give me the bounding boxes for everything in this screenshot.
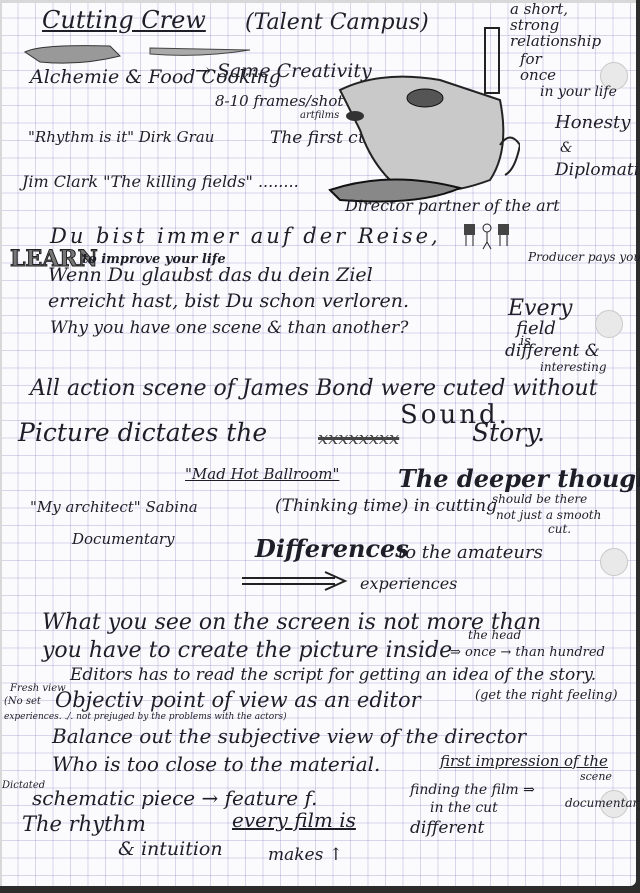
note-producer: Producer pays you bbox=[528, 250, 640, 264]
text-scene: scene bbox=[580, 770, 612, 783]
note-diplomatic: Diplomatic bbox=[555, 160, 640, 180]
text-why: Why you have one scene & than another? bbox=[50, 318, 408, 338]
text-deeper: The deeper thought bbox=[398, 464, 640, 493]
punch-hole bbox=[600, 548, 628, 576]
text-should-be: should be there bbox=[492, 492, 587, 506]
text-schematic: schematic piece → feature f. bbox=[32, 786, 318, 810]
text-every-film: every film is bbox=[232, 808, 356, 832]
text-once: ⇒ once → than hundred bbox=[450, 645, 605, 660]
text-picture-dictates: Picture dictates the bbox=[18, 418, 267, 447]
note-amp: & bbox=[560, 140, 572, 156]
note-strong: strong bbox=[510, 18, 559, 33]
text-mad-hot: "Mad Hot Ballroom" bbox=[185, 465, 339, 483]
text-erreicht: erreicht hast, bist Du schon verloren. bbox=[48, 290, 409, 312]
double-arrow-icon bbox=[240, 570, 350, 592]
text-story: Story. bbox=[472, 418, 545, 447]
text-you-have: you have to create the picture inside bbox=[42, 638, 452, 663]
page-title: Cutting Crew bbox=[42, 6, 206, 34]
text-editors: Editors has to read the script for getti… bbox=[70, 665, 596, 685]
text-different: different bbox=[410, 818, 484, 838]
note-different: different & bbox=[505, 341, 600, 361]
face-drawing-icon bbox=[300, 10, 520, 220]
text-experiences: experiences bbox=[360, 574, 457, 593]
text-right-feeling: (get the right feeling) bbox=[475, 688, 618, 703]
text-the-head: the head bbox=[468, 628, 521, 642]
text-director-partner: Director partner of the art bbox=[345, 196, 560, 215]
text-experiences-note: experiences. ./. not prejuged by the pro… bbox=[4, 712, 287, 722]
text-finding: finding the film ⇒ bbox=[410, 782, 535, 798]
text-my-architect: "My architect" Sabina bbox=[30, 498, 198, 516]
text-who-is: Who is too close to the material. bbox=[52, 752, 380, 776]
text-no-set: (No set bbox=[4, 696, 41, 707]
note-for: for bbox=[520, 52, 542, 67]
text-makes: makes ↑ bbox=[268, 845, 343, 865]
text-to-amateurs: to the amateurs bbox=[398, 542, 543, 563]
crossed-out-word: xxxxxxxx bbox=[318, 428, 399, 449]
notebook-page: Cutting Crew (Talent Campus) Alchemie & … bbox=[0, 0, 636, 886]
text-not-just: not just a smooth bbox=[496, 508, 601, 522]
text-documentary: Documentary bbox=[72, 530, 175, 548]
text-thinking-time: (Thinking time) in cutting bbox=[275, 496, 497, 516]
note-in-your-life: in your life bbox=[540, 85, 617, 100]
text-rhythm: "Rhythm is it" Dirk Grau bbox=[28, 128, 214, 146]
note-honesty: Honesty bbox=[555, 112, 630, 133]
note-interesting: interesting bbox=[540, 360, 607, 374]
text-objectiv: Objectiv point of view as an editor bbox=[55, 688, 421, 712]
punch-hole bbox=[595, 310, 623, 338]
note-a-short: a short, bbox=[510, 2, 568, 17]
text-differences: Differences bbox=[255, 534, 409, 563]
text-cut: cut. bbox=[548, 522, 571, 536]
text-balance: Balance out the subjective view of the d… bbox=[52, 724, 526, 748]
stick-figures-icon bbox=[462, 222, 522, 252]
text-james-bond: All action scene of James Bond were cute… bbox=[30, 376, 598, 401]
text-the-rhythm: The rhythm bbox=[22, 812, 146, 836]
text-wenn: Wenn Du glaubst das du dein Ziel bbox=[48, 264, 373, 286]
note-relationship: relationship bbox=[510, 34, 601, 49]
text-jim-clark: Jim Clark "The killing fields" ........ bbox=[22, 172, 299, 191]
text-intuition: & intuition bbox=[118, 838, 223, 860]
text-in-the-cut: in the cut bbox=[430, 800, 498, 816]
text-first-impression: first impression of the bbox=[440, 752, 608, 770]
note-once: once bbox=[520, 68, 556, 83]
text-du-bist: Du bist immer auf der Reise, bbox=[50, 224, 441, 248]
text-documentary-2: documentary bbox=[565, 796, 640, 810]
text-what-you-see: What you see on the screen is not more t… bbox=[42, 610, 541, 635]
